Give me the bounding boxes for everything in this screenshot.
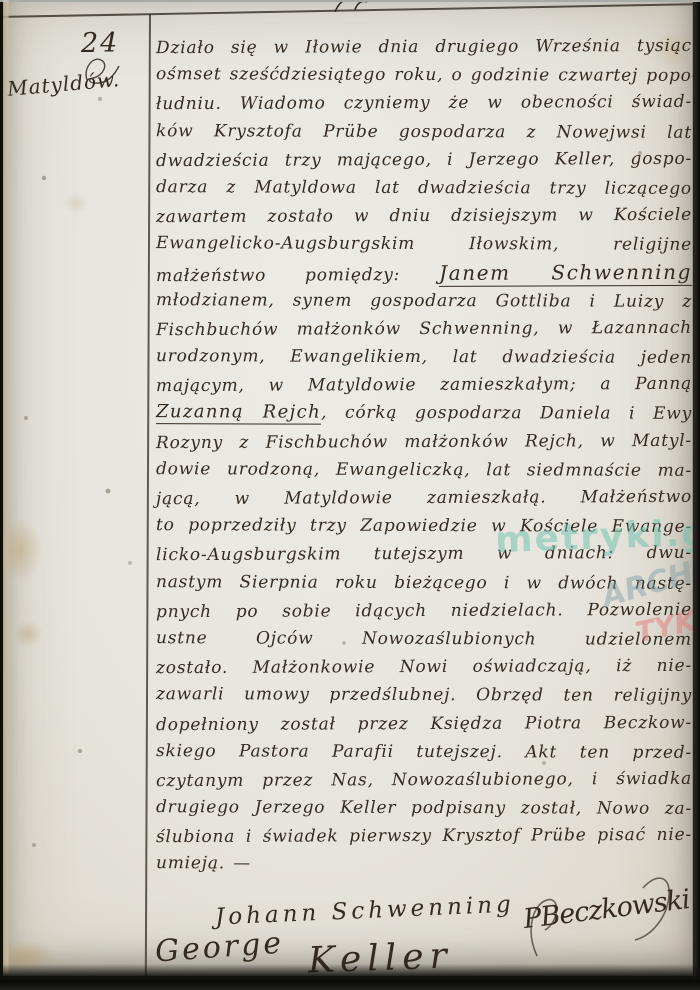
underlined-name: Zuzanną Rejch bbox=[156, 402, 321, 426]
text-segment: jącą, w Matyldowie zamieszkałą. Małżeńst… bbox=[156, 487, 692, 509]
paper-stain bbox=[3, 518, 43, 582]
text-line: drugiego Jerzego Keller podpisany został… bbox=[156, 793, 692, 823]
text-segment: dwadzieścia trzy mającego, i Jerzego Kel… bbox=[156, 149, 692, 171]
text-segment: Rozyny z Fischbuchów małżonków Rejch, w … bbox=[156, 430, 692, 452]
witness-signature-given-name: George bbox=[154, 926, 285, 970]
text-line: zawartem zostało w dniu dzisiejszym w Ko… bbox=[156, 201, 692, 232]
text-segment: czytanym przez Nas, Nowozaślubionego, i … bbox=[156, 769, 692, 791]
text-line: młodzianem, synem gospodarza Gottliba i … bbox=[156, 286, 692, 316]
text-line: mającym, w Matyldowie zamieszkałym; a Pa… bbox=[156, 370, 692, 401]
text-line: Działo się w Iłowie dnia drugiego Wrześn… bbox=[156, 32, 692, 63]
text-segment: dowie urodzoną, Ewangeliczką, lat siedmn… bbox=[156, 459, 692, 481]
text-line: ków Krysztofa Prübe gospodarza z Nowejws… bbox=[156, 117, 692, 147]
text-line: ustne Ojców Nowozaślubionych udzielonem bbox=[156, 624, 692, 654]
text-segment: ków Krysztofa Prübe gospodarza z Nowejws… bbox=[156, 121, 692, 143]
text-segment: nastym Sierpnia roku bieżącego i w dwóch… bbox=[156, 572, 692, 594]
text-segment: zawartem zostało w dniu dzisiejszym w Ko… bbox=[156, 205, 692, 227]
text-segment: to poprzedziły trzy Zapowiedzie w Koście… bbox=[156, 515, 692, 537]
text-line: zostało. Małżonkowie Nowi oświadczają, i… bbox=[156, 652, 692, 683]
column-divider-line bbox=[145, 14, 151, 976]
text-segment: łudniu. Wiadomo czyniemy że w obecności … bbox=[156, 92, 692, 114]
groom-signature: Johann Schwenning bbox=[215, 891, 516, 930]
text-segment: ślubiona i świadek pierwszy Krysztof Prü… bbox=[156, 825, 692, 847]
text-line: Zuzanną Rejch, córką gospodarza Daniela … bbox=[156, 399, 692, 429]
witness-signature-surname: Keller bbox=[307, 935, 453, 976]
text-segment: małżeństwo pomiędzy: bbox=[156, 264, 439, 285]
text-segment: licko-Augsburgskim tutejszym w dniach: d… bbox=[156, 543, 692, 565]
text-line: darza z Matyldowa lat dwadzieścia trzy l… bbox=[156, 173, 692, 203]
text-segment: skiego Pastora Parafii tutejszej. Akt te… bbox=[156, 741, 692, 763]
paper-stain bbox=[13, 620, 43, 648]
text-segment: mającym, w Matyldowie zamieszkałym; a Pa… bbox=[156, 374, 692, 396]
text-line: dowie urodzoną, Ewangeliczką, lat siedmn… bbox=[156, 455, 692, 485]
text-line: Fischbuchów małżonków Schwenning, w Łaza… bbox=[156, 314, 692, 345]
paper-stain bbox=[3, 940, 55, 974]
text-line: ślubiona i świadek pierwszy Krysztof Prü… bbox=[156, 821, 692, 852]
text-line: pnych po sobie idących niedzielach. Pozw… bbox=[156, 596, 692, 627]
text-segment: młodzianem, synem gospodarza Gottliba i … bbox=[156, 290, 692, 312]
text-line: łudniu. Wiadomo czyniemy że w obecności … bbox=[156, 88, 692, 119]
text-line: to poprzedziły trzy Zapowiedzie w Koście… bbox=[156, 511, 692, 541]
body-lines: Działo się w Iłowie dnia drugiego Wrześn… bbox=[156, 33, 692, 879]
text-line: dwadzieścia trzy mającego, i Jerzego Kel… bbox=[156, 145, 692, 176]
text-segment: ustne Ojców Nowozaślubionych udzielonem bbox=[156, 628, 692, 650]
text-line: ośmset sześćdziesiątego roku, o godzinie… bbox=[156, 60, 692, 90]
text-line: jącą, w Matyldowie zamieszkałą. Małżeńst… bbox=[156, 483, 692, 514]
underlined-name: Janem Schwenning bbox=[439, 259, 692, 286]
text-line: małżeństwo pomiędzy: Janem Schwenning bbox=[156, 257, 692, 288]
text-segment: Działo się w Iłowie dnia drugiego Wrześn… bbox=[156, 36, 692, 58]
cut-off-stroke bbox=[329, 2, 369, 12]
text-line: urodzonym, Ewangelikiem, lat dwadzieścia… bbox=[156, 342, 692, 372]
text-segment: dopełniony został przez Księdza Piotra B… bbox=[156, 712, 692, 734]
paper-stain bbox=[63, 192, 89, 214]
text-line: Ewangelicko-Augsburgskim Iłowskim, relig… bbox=[156, 229, 692, 259]
text-segment: , córką gospodarza Daniela i Ewy bbox=[321, 403, 692, 424]
text-segment: darza z Matyldowa lat dwadzieścia trzy l… bbox=[156, 177, 692, 199]
text-segment: Ewangelicko-Augsburgskim Iłowskim, relig… bbox=[156, 233, 692, 255]
text-segment: Fischbuchów małżonków Schwenning, w Łaza… bbox=[156, 318, 692, 340]
text-line: czytanym przez Nas, Nowozaślubionego, i … bbox=[156, 765, 692, 796]
document-page: 24 Matyldów. Działo się w Iłowie dnia dr… bbox=[3, 2, 693, 976]
text-line: licko-Augsburgskim tutejszym w dniach: d… bbox=[156, 539, 692, 570]
text-line: zawarli umowy przedślubnej. Obrzęd ten r… bbox=[156, 680, 692, 710]
paper-specks bbox=[3, 2, 5, 4]
text-segment: zostało. Małżonkowie Nowi oświadczają, i… bbox=[156, 656, 692, 678]
text-line: Rozyny z Fischbuchów małżonków Rejch, w … bbox=[156, 426, 692, 457]
text-line: dopełniony został przez Księdza Piotra B… bbox=[156, 708, 692, 739]
text-segment: urodzonym, Ewangelikiem, lat dwadzieścia… bbox=[156, 346, 692, 368]
text-segment: ośmset sześćdziesiątego roku, o godzinie… bbox=[156, 64, 693, 86]
text-line: nastym Sierpnia roku bieżącego i w dwóch… bbox=[156, 568, 692, 598]
scanned-document: 24 Matyldów. Działo się w Iłowie dnia dr… bbox=[0, 0, 700, 990]
text-segment: umieją. — bbox=[156, 854, 251, 874]
margin-place-name: Matyldów. bbox=[6, 67, 121, 101]
text-segment: drugiego Jerzego Keller podpisany został… bbox=[156, 797, 692, 819]
text-segment: pnych po sobie idących niedzielach. Pozw… bbox=[156, 600, 692, 622]
text-segment: zawarli umowy przedślubnej. Obrzęd ten r… bbox=[156, 684, 692, 706]
text-line: skiego Pastora Parafii tutejszej. Akt te… bbox=[156, 737, 692, 767]
scan-edge-right bbox=[692, 0, 700, 990]
